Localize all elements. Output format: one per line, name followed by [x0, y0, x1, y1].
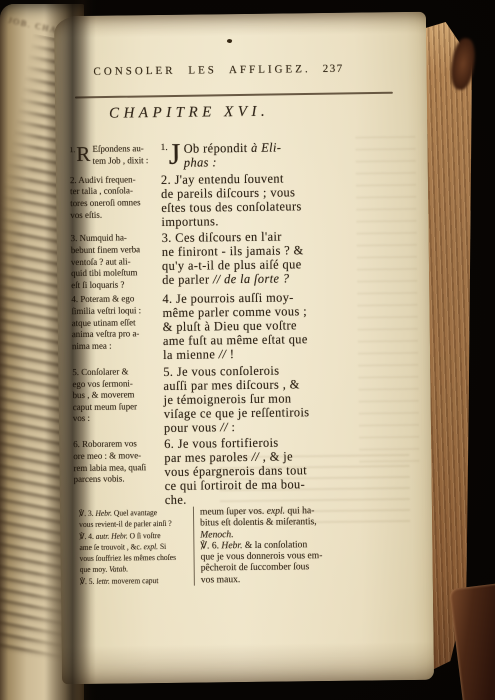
latin-line: tem Job , dixit : — [70, 155, 155, 168]
verse-row-4: 4. Poteram & ego ſimilia veſtri loqui : … — [71, 291, 377, 364]
latin-line: 4. Poteram & ego — [71, 293, 156, 306]
french-column: 5. Je vous conſolerois auſſi par mes diſ… — [163, 363, 374, 435]
footnote-line: ℣. 5. lettr. moverem caput — [80, 575, 182, 588]
latin-line: nima mea : — [72, 340, 157, 353]
latin-line: caput meum ſuper — [73, 401, 158, 414]
adjacent-page-header: JOB. CHA — [8, 15, 59, 35]
french-line: la mienne // ! — [163, 347, 367, 363]
french-column: 2. J'ay entendu ſouvent de pareils diſco… — [161, 171, 372, 229]
latin-line: 3. Numquid ha- — [71, 233, 156, 246]
book-photo: JOB. CHA CONSOLER LES AFFLIGEZ.237 CHAPI… — [0, 0, 495, 700]
latin-line: ter talia , conſola- — [70, 185, 155, 198]
french-line: phas : — [161, 154, 365, 170]
footnote-column-right: meum ſuper vos. expl. qui ha- bitus eſt … — [193, 505, 363, 586]
latin-column: 1.R Eſpondens au- tem Job , dixit : — [69, 143, 156, 167]
verse-row-3: 3. Numquid ha- bebunt finem verba ventoſ… — [71, 230, 377, 292]
latin-line: quid tibi moleſtum — [71, 267, 156, 280]
french-column: 4. Je pourrois auſſi moy- même parler co… — [162, 291, 373, 363]
verse-row-2: 2. Audivi frequen- ter talia , conſola- … — [70, 171, 376, 230]
french-column: 6. Je vous fortifierois par mes paroles … — [164, 436, 375, 508]
latin-line: 2. Audivi frequen- — [70, 174, 155, 187]
french-line: pour vous // : — [164, 419, 368, 435]
latin-column: 6. Roborarem vos ore meo : & move- rem l… — [73, 439, 161, 486]
running-head-title: CONSOLER LES AFFLIGEZ. — [93, 63, 310, 78]
book-page: CONSOLER LES AFFLIGEZ.237 CHAPITRE XVI. … — [54, 12, 434, 684]
footnote-line: vos maux. — [201, 572, 360, 585]
latin-line: ventoſa ? aut ali- — [71, 256, 156, 269]
french-column: 1.J Ob répondit à Eli- phas : — [160, 140, 370, 170]
page-content: CONSOLER LES AFFLIGEZ.237 CHAPITRE XVI. … — [68, 12, 416, 684]
latin-column: 5. Conſolarer & ego vos ſermoni- bus , &… — [72, 366, 160, 425]
latin-column: 2. Audivi frequen- ter talia , conſola- … — [70, 174, 158, 221]
verse-row-5: 5. Conſolarer & ego vos ſermoni- bus , &… — [72, 363, 378, 436]
latin-line: rem labia mea, quaſi — [73, 462, 158, 475]
verse-row-1: 1.R Eſpondens au- tem Job , dixit : 1.J … — [69, 140, 374, 172]
latin-line: 6. Roborarem vos — [73, 439, 158, 452]
chapter-title: CHAPITRE XVI. — [91, 103, 287, 122]
latin-line: eſt ſi loquaris ? — [71, 279, 156, 292]
footnote-column-left: ℣. 3. Hebr. Quel avantage vous revient-i… — [79, 507, 190, 587]
latin-line: bebunt finem verba — [71, 244, 156, 257]
latin-line: bus , & moverem — [73, 389, 158, 402]
latin-line: anima veſtra pro a- — [72, 328, 157, 341]
french-line: importuns. — [161, 213, 365, 229]
latin-line: 5. Conſolarer & — [72, 366, 157, 379]
latin-line: ego vos ſermoni- — [72, 378, 157, 391]
latin-line: tores oneroſi omnes — [70, 197, 155, 210]
latin-line: atque utinam eſſet — [72, 317, 157, 330]
latin-line: vos : — [73, 412, 158, 425]
latin-line: ore meo : & move- — [73, 450, 158, 463]
latin-line: parcens vobis. — [74, 473, 159, 486]
latin-line: Eſpondens au- — [69, 143, 154, 156]
verse-row-6: 6. Roborarem vos ore meo : & move- rem l… — [73, 436, 379, 509]
latin-line: ſimilia veſtri loqui : — [71, 305, 156, 318]
header-rule — [75, 92, 393, 98]
verses: 1.R Eſpondens au- tem Job , dixit : 1.J … — [69, 140, 378, 512]
latin-column: 3. Numquid ha- bebunt finem verba ventoſ… — [71, 232, 159, 291]
footnotes: ℣. 3. Hebr. Quel avantage vous revient-i… — [79, 505, 363, 588]
running-head: CONSOLER LES AFFLIGEZ.237 — [69, 62, 369, 78]
cover-corner-bottom-right — [449, 584, 495, 700]
latin-column: 4. Poteram & ego ſimilia veſtri loqui : … — [71, 293, 159, 352]
latin-line: vos eſtis. — [70, 209, 155, 222]
french-line: de parler // de la ſorte ? — [162, 272, 366, 288]
french-column: 3. Ces diſcours en l'air ne finiront - i… — [162, 230, 373, 288]
page-number: 237 — [323, 63, 344, 75]
